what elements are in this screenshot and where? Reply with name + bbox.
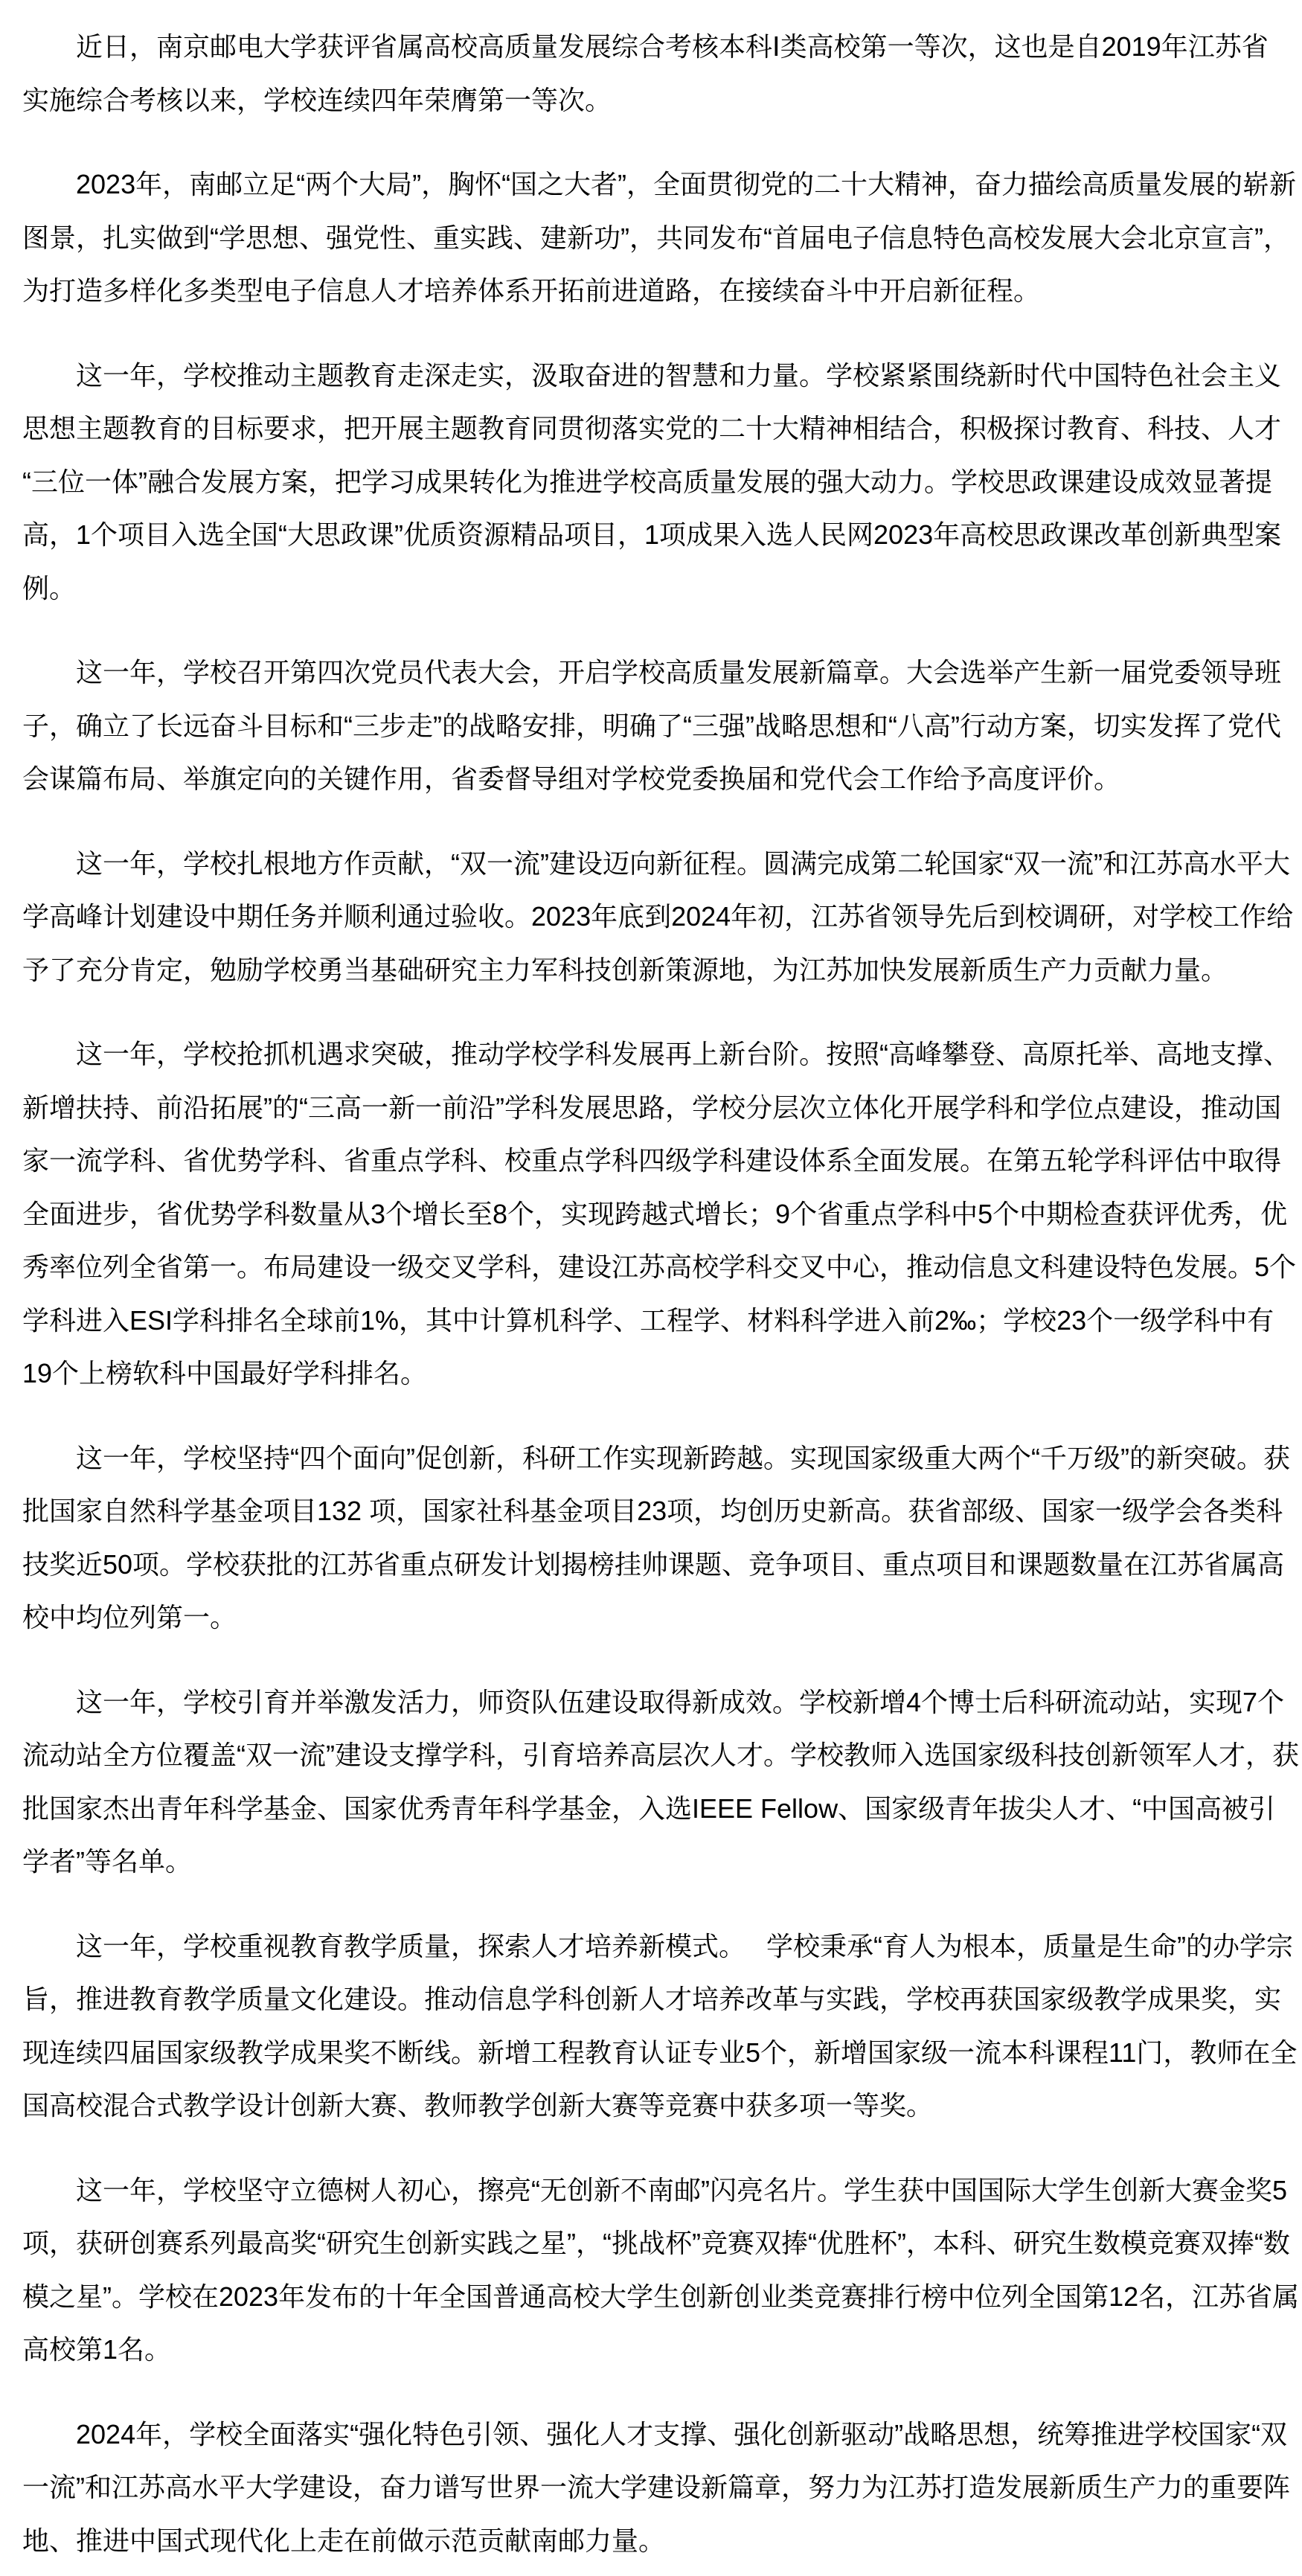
- paragraph-line: 秀率位列全省第一。布局建设一级交叉学科，建设江苏高校学科交叉中心，推动信息文科建…: [22, 1240, 1287, 1294]
- article-paragraph-2024-outlook: 2024年，学校全面落实“强化特色引领、强化人才支撑、强化创新驱动”战略思想，统…: [22, 2408, 1287, 2568]
- paragraph-line: 2023年，南邮立足“两个大局”，胸怀“国之大者”，全面贯彻党的二十大精神，奋力…: [22, 158, 1287, 211]
- paragraph-line: 家一流学科、省优势学科、省重点学科、校重点学科四级学科建设体系全面发展。在第五轮…: [22, 1134, 1287, 1188]
- paragraph-line: 学高峰计划建设中期任务并顺利通过验收。2023年底到2024年初，江苏省领导先后…: [22, 890, 1287, 943]
- paragraph-line: 现连续四届国家级教学成果奖不断线。新增工程教育认证专业5个，新增国家级一流本科课…: [22, 2026, 1287, 2080]
- paragraph-line: 19个上榜软科中国最好学科排名。: [22, 1347, 1287, 1400]
- article-paragraph-2023-overview: 2023年，南邮立足“两个大局”，胸怀“国之大者”，全面贯彻党的二十大精神，奋力…: [22, 158, 1287, 318]
- paragraph-line: 校中均位列第一。: [22, 1591, 1287, 1644]
- article-paragraph-research: 这一年，学校坚持“四个面向”促创新，科研工作实现新跨越。实现国家级重大两个“千万…: [22, 1432, 1287, 1644]
- paragraph-line: 地、推进中国式现代化上走在前做示范贡献南邮力量。: [22, 2514, 1287, 2568]
- paragraph-line: 全面进步，省优势学科数量从3个增长至8个，实现跨越式增长；9个省重点学科中5个中…: [22, 1188, 1287, 1241]
- article-paragraph-teaching-quality: 这一年，学校重视教育教学质量，探索人才培养新模式。 学校秉承“育人为根本，质量是…: [22, 1920, 1287, 2133]
- paragraph-line: 会谋篇布局、举旗定向的关键作用，省委督导组对学校党委换届和党代会工作给予高度评价…: [22, 752, 1287, 806]
- paragraph-line: 为打造多样化多类型电子信息人才培养体系开拓前进道路，在接续奋斗中开启新征程。: [22, 264, 1287, 318]
- paragraph-line: 一流”和江苏高水平大学建设，奋力谱写世界一流大学建设新篇章，努力为江苏打造发展新…: [22, 2461, 1287, 2514]
- paragraph-line: 这一年，学校坚守立德树人初心，擦亮“无创新不南邮”闪亮名片。学生获中国国际大学生…: [22, 2164, 1287, 2217]
- paragraph-line: 予了充分肯定，勉励学校勇当基础研究主力军科技创新策源地，为江苏加快发展新质生产力…: [22, 943, 1287, 997]
- article-paragraph-party-congress: 这一年，学校召开第四次党员代表大会，开启学校高质量发展新篇章。大会选举产生新一届…: [22, 646, 1287, 806]
- article-paragraph-double-first-class: 这一年，学校扎根地方作贡献，“双一流”建设迈向新征程。圆满完成第二轮国家“双一流…: [22, 837, 1287, 997]
- paragraph-line: 这一年，学校召开第四次党员代表大会，开启学校高质量发展新篇章。大会选举产生新一届…: [22, 646, 1287, 699]
- article-paragraph-intro: 近日，南京邮电大学获评省属高校高质量发展综合考核本科Ⅰ类高校第一等次，这也是自2…: [22, 20, 1287, 126]
- paragraph-line: 图景，扎实做到“学思想、强党性、重实践、建新功”，共同发布“首届电子信息特色高校…: [22, 211, 1287, 265]
- paragraph-line: 高，1个项目入选全国“大思政课”优质资源精品项目，1项成果入选人民网2023年高…: [22, 508, 1287, 562]
- article-paragraph-student-innovation: 这一年，学校坚守立德树人初心，擦亮“无创新不南邮”闪亮名片。学生获中国国际大学生…: [22, 2164, 1287, 2377]
- paragraph-line: 这一年，学校推动主题教育走深走实，汲取奋进的智慧和力量。学校紧紧围绕新时代中国特…: [22, 349, 1287, 403]
- paragraph-line: 项，获研创赛系列最高奖“研究生创新实践之星”，“挑战杯”竞赛双捧“优胜杯”，本科…: [22, 2217, 1287, 2270]
- paragraph-line: 国高校混合式教学设计创新大赛、教师教学创新大赛等竞赛中获多项一等奖。: [22, 2079, 1287, 2133]
- article-paragraph-theme-education: 这一年，学校推动主题教育走深走实，汲取奋进的智慧和力量。学校紧紧围绕新时代中国特…: [22, 349, 1287, 615]
- paragraph-line: 新增扶持、前沿拓展”的“三高一新一前沿”学科发展思路，学校分层次立体化开展学科和…: [22, 1081, 1287, 1135]
- article-body: 近日，南京邮电大学获评省属高校高质量发展综合考核本科Ⅰ类高校第一等次，这也是自2…: [0, 0, 1302, 2576]
- paragraph-line: 子，确立了长远奋斗目标和“三步走”的战略安排，明确了“三强”战略思想和“八高”行…: [22, 699, 1287, 753]
- paragraph-line: 旨，推进教育教学质量文化建设。推动信息学科创新人才培养改革与实践，学校再获国家级…: [22, 1973, 1287, 2026]
- paragraph-line: 批国家自然科学基金项目132 项，国家社科基金项目23项，均创历史新高。获省部级…: [22, 1484, 1287, 1538]
- paragraph-line: 这一年，学校扎根地方作贡献，“双一流”建设迈向新征程。圆满完成第二轮国家“双一流…: [22, 837, 1287, 891]
- paragraph-line: 近日，南京邮电大学获评省属高校高质量发展综合考核本科Ⅰ类高校第一等次，这也是自2…: [22, 20, 1287, 74]
- paragraph-line: 这一年，学校坚持“四个面向”促创新，科研工作实现新跨越。实现国家级重大两个“千万…: [22, 1432, 1287, 1485]
- paragraph-line: 批国家杰出青年科学基金、国家优秀青年科学基金，入选IEEE Fellow、国家级…: [22, 1782, 1287, 1836]
- paragraph-line: 高校第1名。: [22, 2323, 1287, 2377]
- article-paragraph-faculty: 这一年，学校引育并举激发活力，师资队伍建设取得新成效。学校新增4个博士后科研流动…: [22, 1676, 1287, 1888]
- paragraph-line: “三位一体”融合发展方案，把学习成果转化为推进学校高质量发展的强大动力。学校思政…: [22, 455, 1287, 509]
- paragraph-line: 思想主题教育的目标要求，把开展主题教育同贯彻落实党的二十大精神相结合，积极探讨教…: [22, 402, 1287, 455]
- paragraph-line: 2024年，学校全面落实“强化特色引领、强化人才支撑、强化创新驱动”战略思想，统…: [22, 2408, 1287, 2461]
- article-paragraph-discipline-development: 这一年，学校抢抓机遇求突破，推动学校学科发展再上新台阶。按照“高峰攀登、高原托举…: [22, 1028, 1287, 1400]
- paragraph-line: 学科进入ESI学科排名全球前1%，其中计算机科学、工程学、材料科学进入前2‰；学…: [22, 1294, 1287, 1348]
- paragraph-line: 实施综合考核以来，学校连续四年荣膺第一等次。: [22, 74, 1287, 127]
- paragraph-line: 技奖近50项。学校获批的江苏省重点研发计划揭榜挂帅课题、竞争项目、重点项目和课题…: [22, 1538, 1287, 1592]
- paragraph-line: 这一年，学校引育并举激发活力，师资队伍建设取得新成效。学校新增4个博士后科研流动…: [22, 1676, 1287, 1729]
- paragraph-line: 这一年，学校重视教育教学质量，探索人才培养新模式。 学校秉承“育人为根本，质量是…: [22, 1920, 1287, 1973]
- paragraph-line: 学者”等名单。: [22, 1835, 1287, 1888]
- paragraph-line: 模之星”。学校在2023年发布的十年全国普通高校大学生创新创业类竞赛排行榜中位列…: [22, 2270, 1287, 2324]
- paragraph-line: 这一年，学校抢抓机遇求突破，推动学校学科发展再上新台阶。按照“高峰攀登、高原托举…: [22, 1028, 1287, 1081]
- paragraph-line: 流动站全方位覆盖“双一流”建设支撑学科，引育培养高层次人才。学校教师入选国家级科…: [22, 1728, 1287, 1782]
- paragraph-line: 例。: [22, 562, 1287, 615]
